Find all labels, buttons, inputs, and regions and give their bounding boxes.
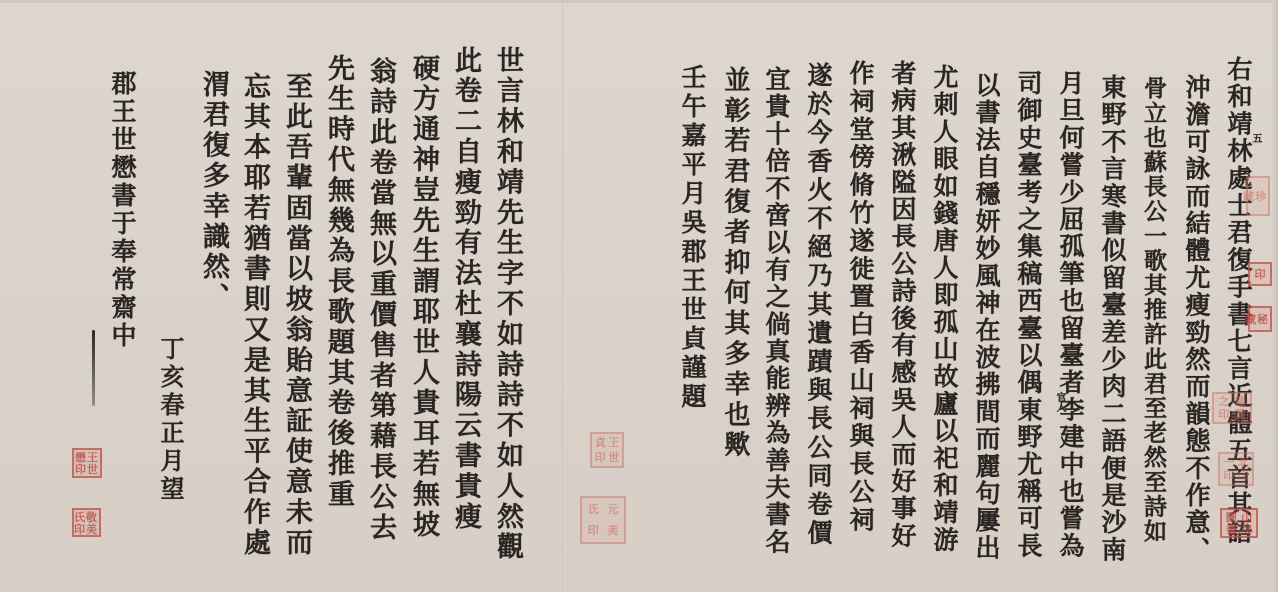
- text-column: 以書法自穩妍妙風神在波拂間而麗句屢出: [974, 72, 999, 562]
- text-column: 並彰若君復者抑何其多幸也歟: [722, 66, 748, 461]
- seal-glyph: 印: [1218, 409, 1229, 420]
- seal-glyph: 房: [1241, 524, 1252, 535]
- seal-glyph: 美: [607, 525, 618, 536]
- seal-glyph: 王: [608, 437, 619, 448]
- seal-glyph: 印: [74, 524, 85, 535]
- seal-glyph: 元: [607, 504, 618, 515]
- seal-glyph: 賞: [1235, 409, 1246, 420]
- signature-column: 郡王世懋書于奉常齋中: [110, 70, 135, 350]
- seal-glyph: 秘: [1257, 314, 1268, 325]
- red-seal: 敬 美 氏 印: [72, 508, 101, 537]
- left-colophon-panel: 世言林和靖先生字不如詩詩不如人然觀 此卷二自瘦勁有法杜襄詩陽云書貴瘦 硬方通神豈…: [0, 0, 562, 592]
- text-column: 者病其湫隘因長公詩後有感吳人而好事好: [890, 60, 915, 550]
- red-seal: 珍 藏: [1246, 176, 1270, 216]
- seal-glyph: 印: [595, 452, 606, 463]
- text-column: 司御史臺考之集稿西臺以偶東野尤稱可長: [1016, 70, 1041, 560]
- seal-glyph: 藏: [1243, 191, 1254, 202]
- seal-glyph: 印: [75, 464, 86, 475]
- red-seal: 秘 藏: [1248, 306, 1272, 332]
- signature-tail-stroke: [92, 330, 95, 406]
- seal-glyph: 世: [608, 452, 619, 463]
- text-column: 世言林和靖先生字不如詩詩不如人然觀: [494, 46, 521, 563]
- red-seal: 山 房 圖 書: [1220, 508, 1258, 538]
- seal-glyph: 貞: [595, 437, 606, 448]
- red-seal: 北 山 一 印: [1218, 452, 1254, 486]
- text-column: 渭君復多幸識然、: [200, 70, 227, 313]
- seal-glyph: 印: [588, 525, 599, 536]
- text-column: 遂於今香火不絕乃其遺蹟與長公同卷價: [806, 62, 831, 548]
- seal-glyph: 北: [1238, 457, 1249, 468]
- text-column: 此卷二自瘦勁有法杜襄詩陽云書貴瘦: [452, 46, 479, 532]
- seal-glyph: 山: [1241, 512, 1252, 523]
- seal-glyph: 圖: [1226, 512, 1237, 523]
- text-column: 東野不言寒書似留臺差少肉二語便是沙南: [1100, 74, 1125, 564]
- text-column: 硬方通神豈先生謂耶世人貴耳若無坡: [410, 54, 437, 540]
- small-annotation: 官人: [1054, 392, 1064, 412]
- text-column: 作祠堂傍脩竹遂徙置白香山祠與長公祠: [848, 60, 873, 534]
- seal-glyph: 印: [1255, 269, 1266, 280]
- seal-glyph: 懋: [75, 452, 86, 463]
- text-column: 尤刺人眼如錢唐人即孤山故廬以祀和靖游: [932, 64, 957, 554]
- seal-glyph: 氏: [74, 512, 85, 523]
- scroll-paper: 世言林和靖先生字不如詩詩不如人然觀 此卷二自瘦勁有法杜襄詩陽云書貴瘦 硬方通神豈…: [0, 0, 1278, 592]
- seal-glyph: 印: [1223, 470, 1234, 481]
- seal-glyph: 山: [1238, 470, 1249, 481]
- text-column: 骨立也蘇長公一歌其推許此君至老然至詩如: [1142, 76, 1165, 543]
- text-column: 沖澹可詠而結體尤瘦勁然而韻態不作意、: [1184, 74, 1209, 564]
- text-column: 翁詩此卷當無以重價售者第藉長公去: [367, 57, 394, 543]
- red-seal: 王 世 貞 印: [590, 432, 624, 468]
- seal-glyph: 鑒: [1235, 396, 1246, 407]
- seal-glyph: 一: [1223, 457, 1234, 468]
- signature-column: 壬午嘉平月吳郡王世貞謹題: [680, 64, 705, 412]
- seal-glyph: 之: [1218, 396, 1229, 407]
- seal-glyph: 世: [87, 464, 98, 475]
- text-column: 宜貴十倍不啻以有之倘真能辨為善夫書名: [764, 66, 789, 556]
- date-inscription: 丁亥春正月望: [158, 336, 182, 504]
- seal-glyph: 王: [87, 452, 98, 463]
- seal-glyph: 美: [86, 524, 97, 535]
- text-column: 忘其本耶若猶書則又是其生平合作處: [241, 72, 268, 558]
- red-seal: 元 美 氏 印: [580, 496, 626, 544]
- red-seal: 鑒 賞 之 印: [1212, 392, 1252, 424]
- red-seal: 印: [1248, 262, 1272, 286]
- seal-glyph: 敬: [86, 512, 97, 523]
- seal-glyph: 書: [1226, 524, 1237, 535]
- text-column: 至此吾輩固當以坡翁貽意証使意未而: [283, 72, 310, 558]
- red-seal: 王 世 懋 印: [72, 448, 102, 478]
- right-colophon-panel: 右和靖林處士君復手書七言近體五首其語 沖澹可詠而結體尤瘦勁然而韻態不作意、 骨立…: [564, 0, 1278, 592]
- small-annotation: 五: [1250, 133, 1260, 143]
- text-column: 先生時代無幾為長歌題其卷後推重: [325, 54, 352, 510]
- seal-glyph: 藏: [1245, 314, 1256, 325]
- seal-glyph: 珍: [1255, 191, 1266, 202]
- seal-glyph: 氏: [588, 504, 599, 515]
- text-column: 月旦何嘗少屈孤筆也留臺者李建中也嘗為: [1058, 70, 1083, 560]
